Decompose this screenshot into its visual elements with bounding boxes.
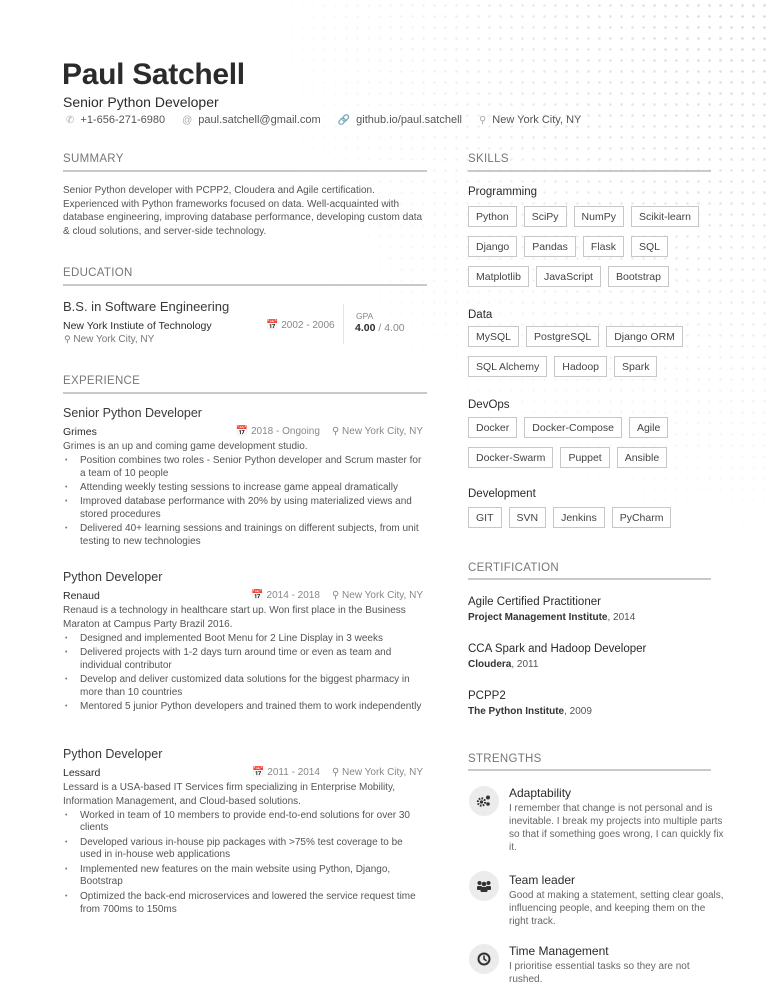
strength-item: Team leader Good at making a statement, … [509, 873, 724, 928]
experience-heading: EXPERIENCE [63, 375, 140, 387]
skill-tag: Puppet [560, 447, 609, 468]
skill-tag: Matplotlib [468, 266, 529, 287]
email-text: paul.satchell@gmail.com [198, 114, 320, 126]
link-icon: 🔗 [338, 115, 350, 126]
certification-heading: CERTIFICATION [468, 562, 559, 574]
calendar-icon: 📅 [251, 590, 263, 602]
gears-icon [469, 786, 499, 816]
job-title: Senior Python Developer [63, 406, 423, 420]
job-description: Lessard is a USA-based IT Services firm … [63, 781, 423, 808]
contact-email[interactable]: @ paul.satchell@gmail.com [182, 114, 321, 126]
job-bullet: Delivered 40+ learning sessions and trai… [63, 523, 423, 549]
job-bullet: Attending weekly testing sessions to inc… [63, 482, 423, 495]
skill-tag: SVN [509, 507, 547, 528]
skill-tag: JavaScript [536, 266, 601, 287]
education-heading: EDUCATION [63, 267, 133, 279]
skill-tag: Django [468, 236, 517, 257]
location-pin-icon: ⚲ [479, 115, 486, 126]
skill-tag: Docker-Compose [524, 417, 622, 438]
skill-tag: SQL [631, 236, 668, 257]
strength-item: Adaptability I remember that change is n… [509, 786, 724, 854]
job-entry: Python Developer Renaud 📅 2014 - 2018 ⚲ … [63, 570, 423, 714]
job-meta: 📅 2011 - 2014 ⚲ New York City, NY [252, 767, 423, 779]
job-bullet: Worked in team of 10 members to provide … [63, 810, 423, 836]
job-title: Python Developer [63, 747, 423, 761]
skill-tags-data: MySQL PostgreSQL Django ORM SQL Alchemy … [468, 326, 718, 386]
candidate-name: Paul Satchell [62, 58, 245, 92]
location-pin-icon: ⚲ [332, 590, 339, 602]
job-title: Python Developer [63, 570, 423, 584]
summary-heading: SUMMARY [63, 153, 124, 165]
team-icon [469, 871, 499, 901]
skill-tag: GIT [468, 507, 502, 528]
job-bullet: Designed and implemented Boot Menu for 2… [63, 633, 423, 646]
job-bullet: Delivered projects with 1-2 days turn ar… [63, 647, 423, 673]
gpa-label: GPA [356, 311, 373, 321]
job-company: Renaud [63, 590, 100, 602]
skill-tags-development: GIT SVN Jenkins PyCharm [468, 507, 718, 537]
education-divider [63, 284, 427, 286]
job-entry: Python Developer Lessard 📅 2011 - 2014 ⚲… [63, 747, 423, 916]
job-company: Lessard [63, 767, 100, 779]
skill-tag: PyCharm [612, 507, 672, 528]
clock-icon [469, 944, 499, 974]
skill-tag: Django ORM [606, 326, 683, 347]
calendar-icon: 📅 [236, 426, 248, 438]
contact-location: ⚲ New York City, NY [479, 114, 581, 126]
skill-tag: Agile [629, 417, 668, 438]
location-text: New York City, NY [492, 114, 581, 126]
job-meta: 📅 2018 - Ongoing ⚲ New York City, NY [236, 426, 423, 438]
job-bullet: Developed various in-house pip packages … [63, 837, 423, 863]
skill-category-devops: DevOps [468, 399, 510, 411]
job-entry: Senior Python Developer Grimes 📅 2018 - … [63, 406, 423, 549]
job-bullet: Implemented new features on the main web… [63, 864, 423, 890]
location-pin-icon: ⚲ [64, 334, 71, 344]
job-bullet: Develop and deliver customized data solu… [63, 674, 423, 700]
education-degree: B.S. in Software Engineering [63, 299, 229, 314]
phone-text: +1-656-271-6980 [80, 114, 165, 126]
job-bullet: Mentored 5 junior Python developers and … [63, 701, 423, 714]
contact-phone[interactable]: ✆ +1-656-271-6980 [66, 114, 165, 126]
at-icon: @ [182, 115, 192, 126]
gpa-value: 4.00 / 4.00 [355, 322, 405, 334]
certification-divider [468, 578, 711, 580]
calendar-icon: 📅 [266, 320, 278, 331]
skill-tag: NumPy [574, 206, 624, 227]
link-text: github.io/paul.satchell [356, 114, 462, 126]
strengths-divider [468, 769, 711, 771]
job-bullet: Optimized the back-end microservices and… [63, 891, 423, 917]
skill-tag: Jenkins [553, 507, 605, 528]
job-bullets: Position combines two roles - Senior Pyt… [63, 455, 423, 549]
summary-text: Senior Python developer with PCPP2, Clou… [63, 184, 423, 238]
skill-tags-devops: Docker Docker-Compose Agile Docker-Swarm… [468, 417, 718, 477]
skill-tag: Pandas [524, 236, 576, 257]
skill-tag: MySQL [468, 326, 519, 347]
skill-category-data: Data [468, 309, 492, 321]
strength-item: Time Management I prioritise essential t… [509, 944, 724, 986]
location-pin-icon: ⚲ [332, 426, 339, 438]
skill-tag: Flask [583, 236, 624, 257]
summary-divider [63, 170, 427, 172]
skill-tag: Bootstrap [608, 266, 669, 287]
education-location: ⚲ New York City, NY [64, 334, 154, 345]
skills-divider [468, 170, 711, 172]
gpa-separator [343, 304, 344, 344]
contact-link[interactable]: 🔗 github.io/paul.satchell [338, 114, 462, 126]
education-school: New York Instiute of Technology [63, 320, 212, 332]
skill-tag: Python [468, 206, 517, 227]
skill-category-development: Development [468, 488, 536, 500]
certification-item: Agile Certified Practitioner Project Man… [468, 596, 635, 623]
phone-icon: ✆ [66, 115, 74, 126]
skill-tag: SciPy [524, 206, 567, 227]
job-bullets: Worked in team of 10 members to provide … [63, 810, 423, 917]
strengths-heading: STRENGTHS [468, 753, 542, 765]
skills-heading: SKILLS [468, 153, 509, 165]
skill-tag: PostgreSQL [526, 326, 599, 347]
skill-tag: Ansible [617, 447, 667, 468]
job-meta: 📅 2014 - 2018 ⚲ New York City, NY [251, 590, 423, 602]
skill-tag: Docker-Swarm [468, 447, 553, 468]
location-pin-icon: ⚲ [332, 767, 339, 779]
job-bullet: Position combines two roles - Senior Pyt… [63, 455, 423, 481]
skill-tag: Spark [614, 356, 657, 377]
job-bullet: Improved database performance with 20% b… [63, 496, 423, 522]
job-description: Grimes is an up and coming game developm… [63, 440, 423, 454]
calendar-icon: 📅 [252, 767, 264, 779]
education-dates: 📅 2002 - 2006 [266, 320, 335, 331]
skill-tags-programming: Python SciPy NumPy Scikit-learn Django P… [468, 206, 718, 296]
skill-tag: Hadoop [554, 356, 607, 377]
skill-tag: Scikit-learn [631, 206, 699, 227]
skill-tag: Docker [468, 417, 517, 438]
certification-item: CCA Spark and Hadoop Developer Cloudera,… [468, 643, 646, 670]
skill-tag: SQL Alchemy [468, 356, 547, 377]
experience-divider [63, 392, 427, 394]
job-bullets: Designed and implemented Boot Menu for 2… [63, 633, 423, 714]
job-company: Grimes [63, 426, 97, 438]
certification-item: PCPP2 The Python Institute, 2009 [468, 690, 592, 717]
candidate-title: Senior Python Developer [63, 94, 219, 110]
contact-bar: ✆ +1-656-271-6980 @ paul.satchell@gmail.… [66, 114, 598, 126]
job-description: Renaud is a technology in healthcare sta… [63, 604, 423, 631]
skill-category-programming: Programming [468, 186, 537, 198]
